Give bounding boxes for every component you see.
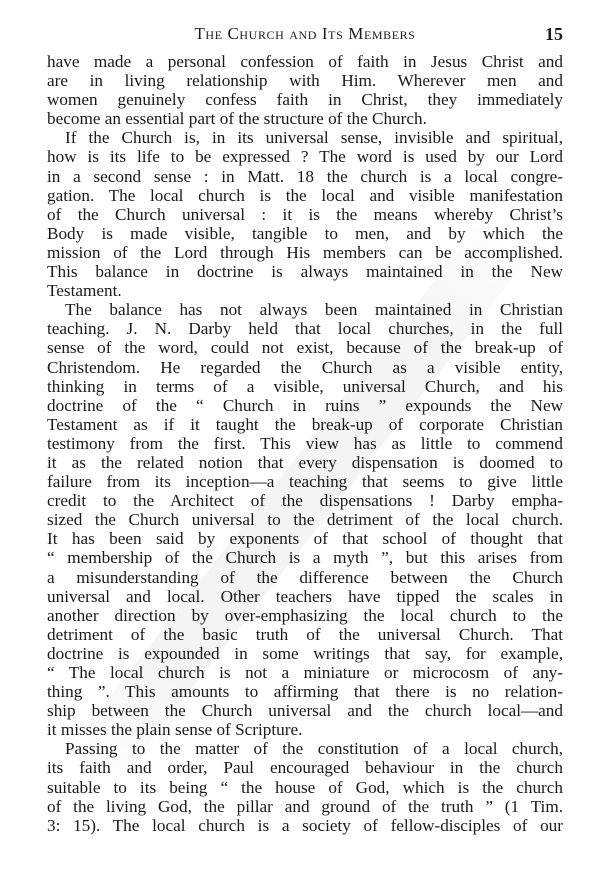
- text-line: testimony from the first. This view has …: [47, 434, 563, 453]
- text-line: credit to the Architect of the dispensat…: [47, 491, 563, 510]
- text-line: Testament.: [47, 281, 563, 300]
- paragraph: Passing to the matter of the constitutio…: [47, 739, 563, 834]
- text-line: women genuinely confess faith in Christ,…: [47, 90, 563, 109]
- text-line: “ membership of the Church is a myth ”, …: [47, 548, 563, 567]
- text-line: Christendom. He regarded the Church as a…: [47, 358, 563, 377]
- running-title: The Church and Its Members: [47, 24, 563, 44]
- text-line: Passing to the matter of the constitutio…: [47, 739, 563, 758]
- text-line: doctrine is expounded in some writings t…: [47, 644, 563, 663]
- text-line: another direction by over-emphasizing th…: [47, 606, 563, 625]
- running-head: The Church and Its Members 15: [47, 24, 563, 46]
- text-line: universal and local. Other teachers have…: [47, 587, 563, 606]
- text-line: in a second sense : in Matt. 18 the chur…: [47, 167, 563, 186]
- text-line: sense of the word, could not exist, beca…: [47, 338, 563, 357]
- text-line: thing ”. This amounts to affirming that …: [47, 682, 563, 701]
- text-line: “ The local church is not a miniature or…: [47, 663, 563, 682]
- text-line: it misses the plain sense of Scripture.: [47, 720, 563, 739]
- text-line: it as the related notion that every disp…: [47, 453, 563, 472]
- text-line: The balance has not always been maintain…: [47, 300, 563, 319]
- text-line: how is its life to be expressed ? The wo…: [47, 147, 563, 166]
- page-number: 15: [545, 24, 563, 45]
- paragraph: If the Church is, in its universal sense…: [47, 128, 563, 300]
- text-line: become an essential part of the structur…: [47, 109, 563, 128]
- text-line: It has been said by exponents of that sc…: [47, 529, 563, 548]
- text-line: have made a personal confession of faith…: [47, 52, 563, 71]
- paragraph: have made a personal confession of faith…: [47, 52, 563, 128]
- book-page: The Church and Its Members 15 have made …: [0, 0, 600, 882]
- text-line: 3: 15). The local church is a society of…: [47, 816, 563, 835]
- paragraph: The balance has not always been maintain…: [47, 300, 563, 739]
- body-text: have made a personal confession of faith…: [47, 52, 563, 835]
- text-line: a misunderstanding of the difference bet…: [47, 568, 563, 587]
- text-line: ship between the Church universal and th…: [47, 701, 563, 720]
- text-line: mission of the Lord through His members …: [47, 243, 563, 262]
- text-line: of the Church universal : it is the mean…: [47, 205, 563, 224]
- text-line: gation. The local church is the local an…: [47, 186, 563, 205]
- text-line: If the Church is, in its universal sense…: [47, 128, 563, 147]
- text-line: its faith and order, Paul encouraged beh…: [47, 758, 563, 777]
- text-line: Body is made visible, tangible to men, a…: [47, 224, 563, 243]
- text-line: Testament as if it taught the break-up o…: [47, 415, 563, 434]
- text-line: are in living relationship with Him. Whe…: [47, 71, 563, 90]
- text-line: detriment of the basic truth of the univ…: [47, 625, 563, 644]
- text-line: of the living God, the pillar and ground…: [47, 797, 563, 816]
- text-line: failure from its inception—a teaching th…: [47, 472, 563, 491]
- text-line: suitable to its being “ the house of God…: [47, 778, 563, 797]
- text-line: teaching. J. N. Darby held that local ch…: [47, 319, 563, 338]
- text-line: thinking in terms of a visible, universa…: [47, 377, 563, 396]
- text-line: This balance in doctrine is always maint…: [47, 262, 563, 281]
- text-line: doctrine of the “ Church in ruins ” expo…: [47, 396, 563, 415]
- text-line: sized the Church universal to the detrim…: [47, 510, 563, 529]
